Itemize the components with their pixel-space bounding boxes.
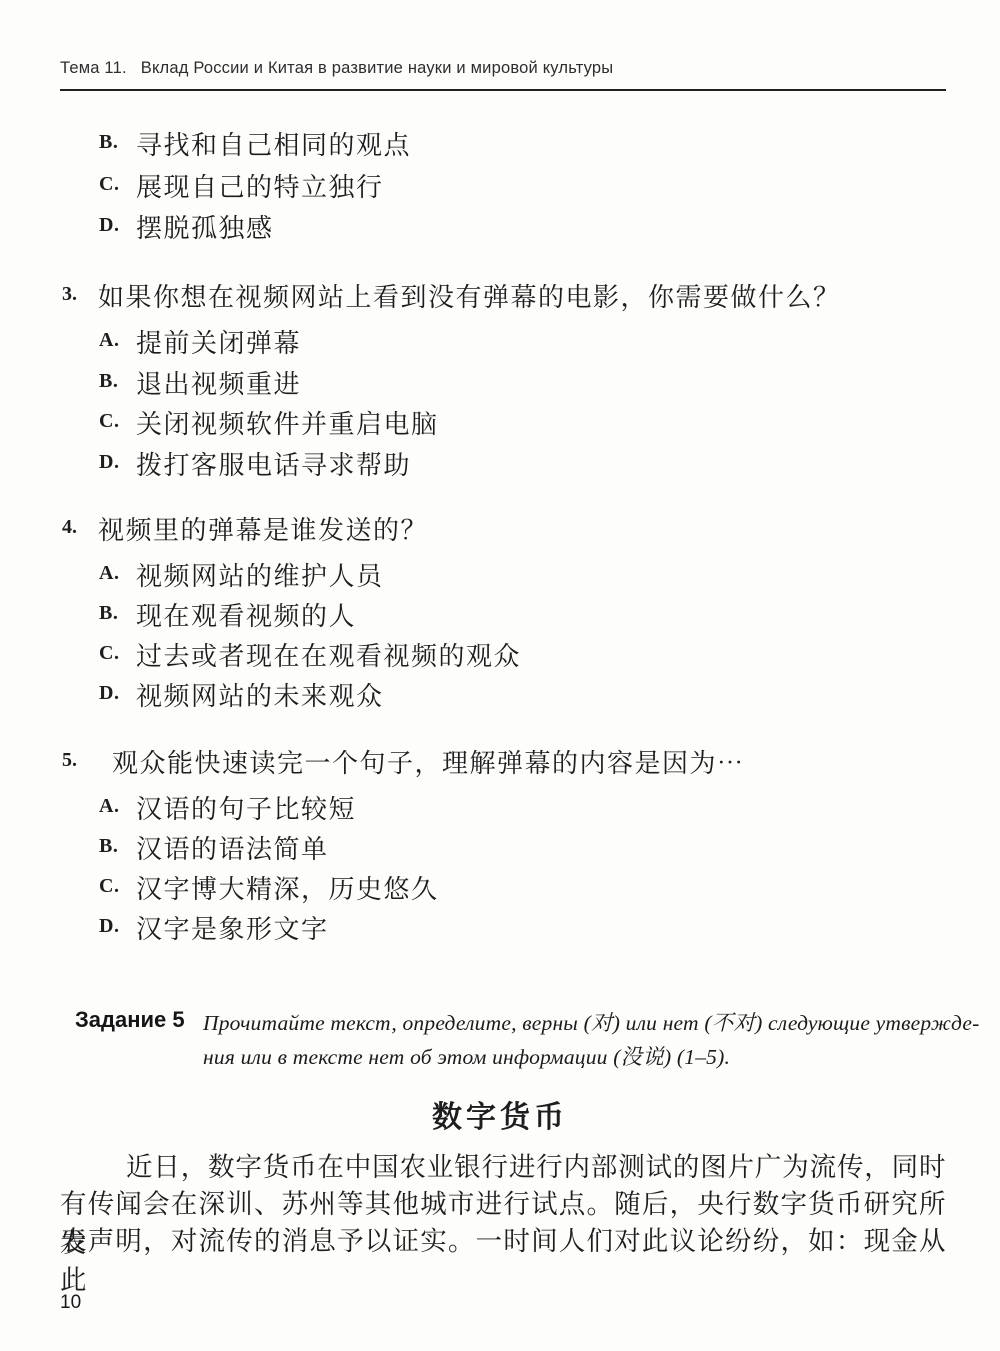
paragraph-line: 近日，数字货币在中国农业银行进行内部测试的图片广为流传，同时 (60, 1145, 946, 1184)
task-instruction-line: Прочитайте текст, определите, верны (对) … (203, 1006, 951, 1037)
option-label: B. (99, 602, 118, 625)
task-label: Задание 5 (75, 1007, 185, 1033)
question-number: 5. (62, 749, 77, 772)
option-text: 提前关闭弹幕 (136, 323, 301, 360)
option-text: 视频网站的未来观众 (136, 676, 384, 713)
option-label: D. (99, 915, 119, 938)
option-text: 关闭视频软件并重启电脑 (136, 404, 439, 441)
running-header: Тема 11.Вклад России и Китая в развитие … (60, 59, 613, 78)
option-label: B. (99, 370, 118, 393)
option-label: D. (99, 682, 119, 705)
option-text: 拨打客服电话寻求帮助 (136, 445, 411, 482)
option-text: 寻找和自己相同的观点 (136, 125, 411, 162)
option-label: C. (99, 173, 119, 196)
option-label: C. (99, 642, 119, 665)
question-number: 3. (62, 283, 77, 306)
question-text: 视频里的弹幕是谁发送的？ (98, 510, 428, 547)
option-label: C. (99, 410, 119, 433)
paragraph-line: 表声明，对流传的消息予以证实。一时间人们对此议论纷纷，如：现金从此 (60, 1219, 946, 1297)
question-text: 观众能快速读完一个句子，理解弹幕的内容是因为⋯ (112, 743, 745, 780)
header-topic-number: Тема 11. (60, 59, 127, 77)
option-text: 过去或者现在在观看视频的观众 (136, 636, 521, 673)
option-label: B. (99, 131, 118, 154)
option-text: 汉语的语法简单 (136, 829, 329, 866)
option-text: 现在观看视频的人 (136, 596, 356, 633)
textbook-page: Тема 11.Вклад России и Китая в развитие … (0, 0, 1000, 1351)
header-rule (60, 89, 946, 91)
option-text: 摆脱孤独感 (136, 208, 274, 245)
option-text: 退出视频重进 (136, 364, 301, 401)
option-text: 视频网站的维护人员 (136, 556, 384, 593)
question-text: 如果你想在视频网站上看到没有弹幕的电影，你需要做什么？ (98, 277, 841, 314)
option-label: B. (99, 835, 118, 858)
reading-title: 数字货币 (0, 1092, 1000, 1136)
option-text: 展现自己的特立独行 (136, 167, 384, 204)
question-number: 4. (62, 516, 77, 539)
task-instruction-line: ния или в тексте нет об этом информации … (203, 1040, 951, 1071)
option-text: 汉语的句子比较短 (136, 789, 356, 826)
option-label: A. (99, 562, 119, 585)
option-label: D. (99, 214, 119, 237)
header-topic-title: Вклад России и Китая в развитие науки и … (141, 59, 614, 77)
option-text: 汉字博大精深，历史悠久 (136, 869, 439, 906)
option-label: C. (99, 875, 119, 898)
option-label: A. (99, 795, 119, 818)
option-text: 汉字是象形文字 (136, 909, 329, 946)
page-number: 10 (60, 1292, 81, 1314)
option-label: A. (99, 329, 119, 352)
option-label: D. (99, 451, 119, 474)
